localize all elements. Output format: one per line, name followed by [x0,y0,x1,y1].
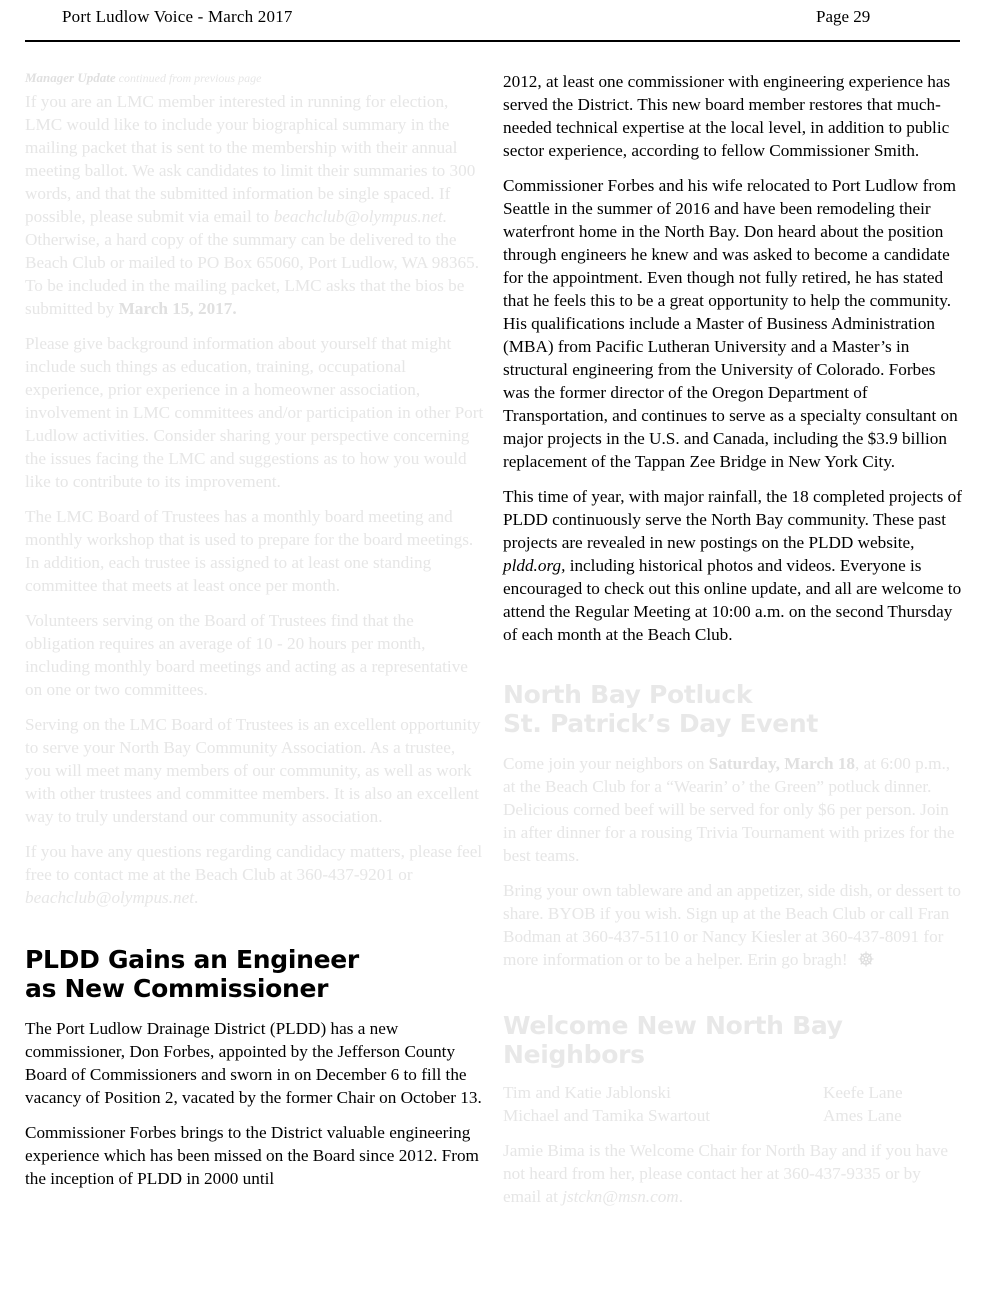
email-link[interactable]: jstckn@msn.com [562,1187,679,1206]
paragraph: Come join your neighbors on Saturday, Ma… [503,752,963,867]
paragraph: The Port Ludlow Drainage District (PLDD)… [25,1017,485,1109]
neighbor-name: Tim and Katie Jablonski [503,1081,823,1104]
neighbor-street: Ames Lane [823,1104,963,1127]
potluck-section: North Bay Potluck St. Patrick’s Day Even… [503,680,963,971]
left-column: Manager Update continued from previous p… [25,70,485,1190]
welcome-section: Welcome New North Bay Neighbors Tim and … [503,1011,963,1208]
neighbor-street: Keefe Lane [823,1081,963,1104]
publication-title: Port Ludlow Voice - March 2017 [62,7,293,27]
kicker-subtitle: continued from previous page [119,71,262,85]
neighbor-name: Michael and Tamika Swartout [503,1104,823,1127]
paragraph: Bring your own tableware and an appetize… [503,879,963,971]
paragraph: Jamie Bima is the Welcome Chair for Nort… [503,1139,963,1208]
kicker-title: Manager Update [25,70,116,85]
paragraph: This time of year, with major rainfall, … [503,485,963,646]
text: Otherwise, a hard copy of the summary ca… [25,230,479,318]
paragraph: Commissioner Forbes brings to the Distri… [25,1121,485,1190]
headline-line: St. Patrick’s Day Event [503,709,818,738]
potluck-headline: North Bay Potluck St. Patrick’s Day Even… [503,680,963,738]
headline-line: as New Commissioner [25,974,328,1003]
manager-update-section: Manager Update continued from previous p… [25,70,485,909]
headline-line: North Bay Potluck [503,680,752,709]
deadline: March 15, 2017. [119,299,237,318]
page-number: Page 29 [816,7,870,27]
paragraph: Serving on the LMC Board of Trustees is … [25,713,485,828]
text: If you are an LMC member interested in r… [25,92,475,226]
article-headline: PLDD Gains an Engineer as New Commission… [25,945,485,1003]
paragraph: Commissioner Forbes and his wife relocat… [503,174,963,473]
text: . [194,888,198,907]
headline-line: PLDD Gains an Engineer [25,945,359,974]
text: Bring your own tableware and an appetize… [503,881,961,969]
website-link[interactable]: pldd.org, [503,556,565,575]
email-link[interactable]: beachclub@olympus.net. [274,207,447,226]
paragraph: 2012, at least one commissioner with eng… [503,70,963,162]
paragraph: The LMC Board of Trustees has a monthly … [25,505,485,597]
welcome-headline: Welcome New North Bay Neighbors [503,1011,963,1069]
paragraph: Volunteers serving on the Board of Trust… [25,609,485,701]
header-divider [25,40,960,42]
paragraph: Please give background information about… [25,332,485,493]
pldd-article: PLDD Gains an Engineer as New Commission… [25,945,485,1190]
ship-wheel-icon [858,951,874,967]
text: If you have any questions regarding cand… [25,842,482,884]
email-link[interactable]: beachclub@olympus.net [25,888,194,907]
text: This time of year, with major rainfall, … [503,487,962,552]
page-header: Port Ludlow Voice - March 2017 Page 29 [0,0,1006,44]
text: including historical photos and videos. … [503,556,961,644]
paragraph: If you are an LMC member interested in r… [25,90,485,320]
right-column: 2012, at least one commissioner with eng… [503,70,963,1208]
neighbors-list: Tim and Katie Jablonski Keefe Lane Micha… [503,1081,963,1127]
continued-kicker: Manager Update continued from previous p… [25,70,485,86]
paragraph: If you have any questions regarding cand… [25,840,485,909]
text: Come join your neighbors on [503,754,709,773]
pldd-article-continued: 2012, at least one commissioner with eng… [503,70,963,646]
event-date: Saturday, March 18 [709,754,855,773]
text: . [679,1187,683,1206]
